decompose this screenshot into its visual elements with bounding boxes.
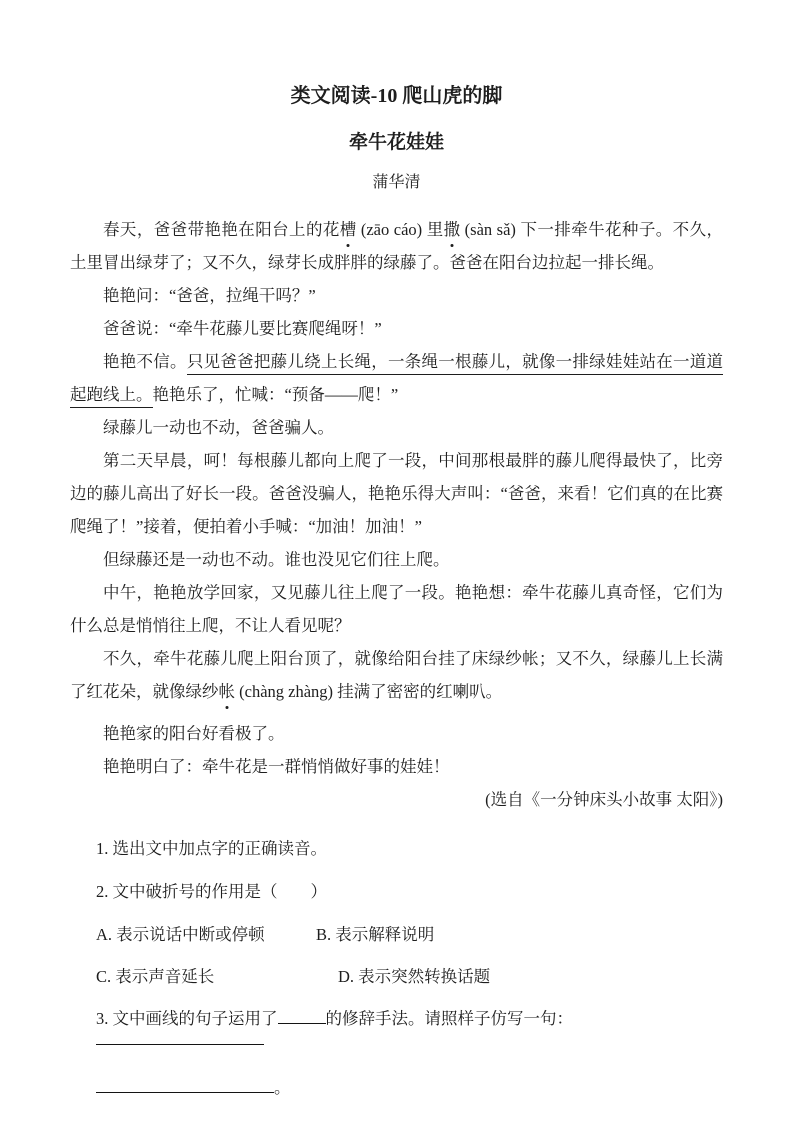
passage-paragraph: 但绿藤还是一动也不动。谁也没见它们往上爬。 bbox=[70, 543, 723, 576]
passage-paragraph: 春天，爸爸带艳艳在阳台上的花槽 (zāo cáo) 里撒 (sàn sǎ) 下一… bbox=[70, 213, 723, 279]
passage-text: 第二天早晨，呵！每根藤儿都向上爬了一段，中间那根最胖的藤儿爬得最快了，比旁边的藤… bbox=[70, 451, 723, 536]
question-3-text-2: 的修辞手法。请照样子仿写一句： bbox=[326, 1009, 574, 1028]
option-c: C. 表示声音延长 bbox=[96, 966, 338, 987]
worksheet-page: 类文阅读-10 爬山虎的脚 牵牛花娃娃 蒲华清 春天，爸爸带艳艳在阳台上的花槽 … bbox=[0, 0, 793, 1122]
passage-text: 艳艳明白了：牵牛花是一群悄悄做好事的娃娃！ bbox=[103, 757, 450, 776]
answer-blank-2 bbox=[96, 1030, 264, 1045]
passage-text: 艳艳乐了，忙喊：“预备——爬！” bbox=[153, 385, 399, 404]
answer-blank-1 bbox=[278, 1009, 326, 1024]
passage-paragraph: 艳艳明白了：牵牛花是一群悄悄做好事的娃娃！ bbox=[70, 750, 723, 783]
questions-section: 1. 选出文中加点字的正确读音。 2. 文中破折号的作用是（ ） A. 表示说话… bbox=[96, 838, 723, 1098]
passage-paragraph: 艳艳家的阳台好看极了。 bbox=[70, 717, 723, 750]
option-a: A. 表示说话中断或停顿 bbox=[96, 924, 316, 945]
passage-paragraph: 不久，牵牛花藤儿爬上阳台顶了，就像给阳台挂了床绿纱帐；又不久，绿藤儿上长满了红花… bbox=[70, 642, 723, 708]
passage-paragraph: 爸爸说：“牵牛花藤儿要比赛爬绳呀！” bbox=[70, 312, 723, 345]
author-name: 蒲华清 bbox=[70, 173, 723, 193]
passage-body: 春天，爸爸带艳艳在阳台上的花槽 (zāo cáo) 里撒 (sàn sǎ) 下一… bbox=[70, 213, 723, 783]
passage-text: 艳艳家的阳台好看极了。 bbox=[103, 724, 285, 743]
question-3-continuation: 。 bbox=[96, 1077, 723, 1098]
passage-paragraph: 艳艳不信。只见爸爸把藤儿绕上长绳，一条绳一根藤儿，就像一排绿娃娃站在一道道起跑线… bbox=[70, 345, 723, 411]
question-1: 1. 选出文中加点字的正确读音。 bbox=[96, 838, 723, 859]
question-2: 2. 文中破折号的作用是（ ） bbox=[96, 881, 723, 902]
option-d: D. 表示突然转换话题 bbox=[338, 966, 490, 987]
option-b: B. 表示解释说明 bbox=[316, 924, 434, 945]
passage-text: 绿藤儿一动也不动，爸爸骗人。 bbox=[103, 418, 334, 437]
options-row-cd: C. 表示声音延长 D. 表示突然转换话题 bbox=[96, 966, 723, 987]
passage-text: 但绿藤还是一动也不动。谁也没见它们往上爬。 bbox=[103, 550, 450, 569]
dotted-character: 撒 bbox=[444, 213, 461, 246]
passage-paragraph: 绿藤儿一动也不动，爸爸骗人。 bbox=[70, 411, 723, 444]
passage-title: 牵牛花娃娃 bbox=[70, 131, 723, 154]
question-3-period: 。 bbox=[274, 1078, 291, 1097]
answer-blank-3 bbox=[96, 1078, 274, 1093]
question-3-text-1: 3. 文中画线的句子运用了 bbox=[96, 1009, 278, 1028]
passage-text: (chàng zhàng) 挂满了密密的红喇叭。 bbox=[235, 682, 502, 701]
passage-paragraph: 中午，艳艳放学回家，又见藤儿往上爬了一段。艳艳想：牵牛花藤儿真奇怪，它们为什么总… bbox=[70, 576, 723, 642]
passage-text: 中午，艳艳放学回家，又见藤儿往上爬了一段。艳艳想：牵牛花藤儿真奇怪，它们为什么总… bbox=[70, 583, 723, 635]
passage-text: 爸爸说：“牵牛花藤儿要比赛爬绳呀！” bbox=[103, 319, 382, 338]
source-attribution: (选自《一分钟床头小故事 太阳》) bbox=[70, 783, 723, 816]
question-3: 3. 文中画线的句子运用了的修辞手法。请照样子仿写一句： bbox=[96, 1008, 723, 1050]
passage-text: 艳艳问：“爸爸，拉绳干吗？” bbox=[103, 286, 316, 305]
dotted-character: 槽 bbox=[340, 213, 357, 246]
page-title: 类文阅读-10 爬山虎的脚 bbox=[70, 84, 723, 108]
passage-paragraph: 第二天早晨，呵！每根藤儿都向上爬了一段，中间那根最胖的藤儿爬得最快了，比旁边的藤… bbox=[70, 444, 723, 543]
passage-text: (zāo cáo) 里 bbox=[356, 220, 443, 239]
passage-text: 春天，爸爸带艳艳在阳台上的花 bbox=[103, 220, 340, 239]
options-row-ab: A. 表示说话中断或停顿 B. 表示解释说明 bbox=[96, 924, 723, 945]
passage-paragraph: 艳艳问：“爸爸，拉绳干吗？” bbox=[70, 279, 723, 312]
dotted-character: 帐 bbox=[219, 675, 236, 708]
passage-text: 艳艳不信。 bbox=[103, 352, 187, 371]
